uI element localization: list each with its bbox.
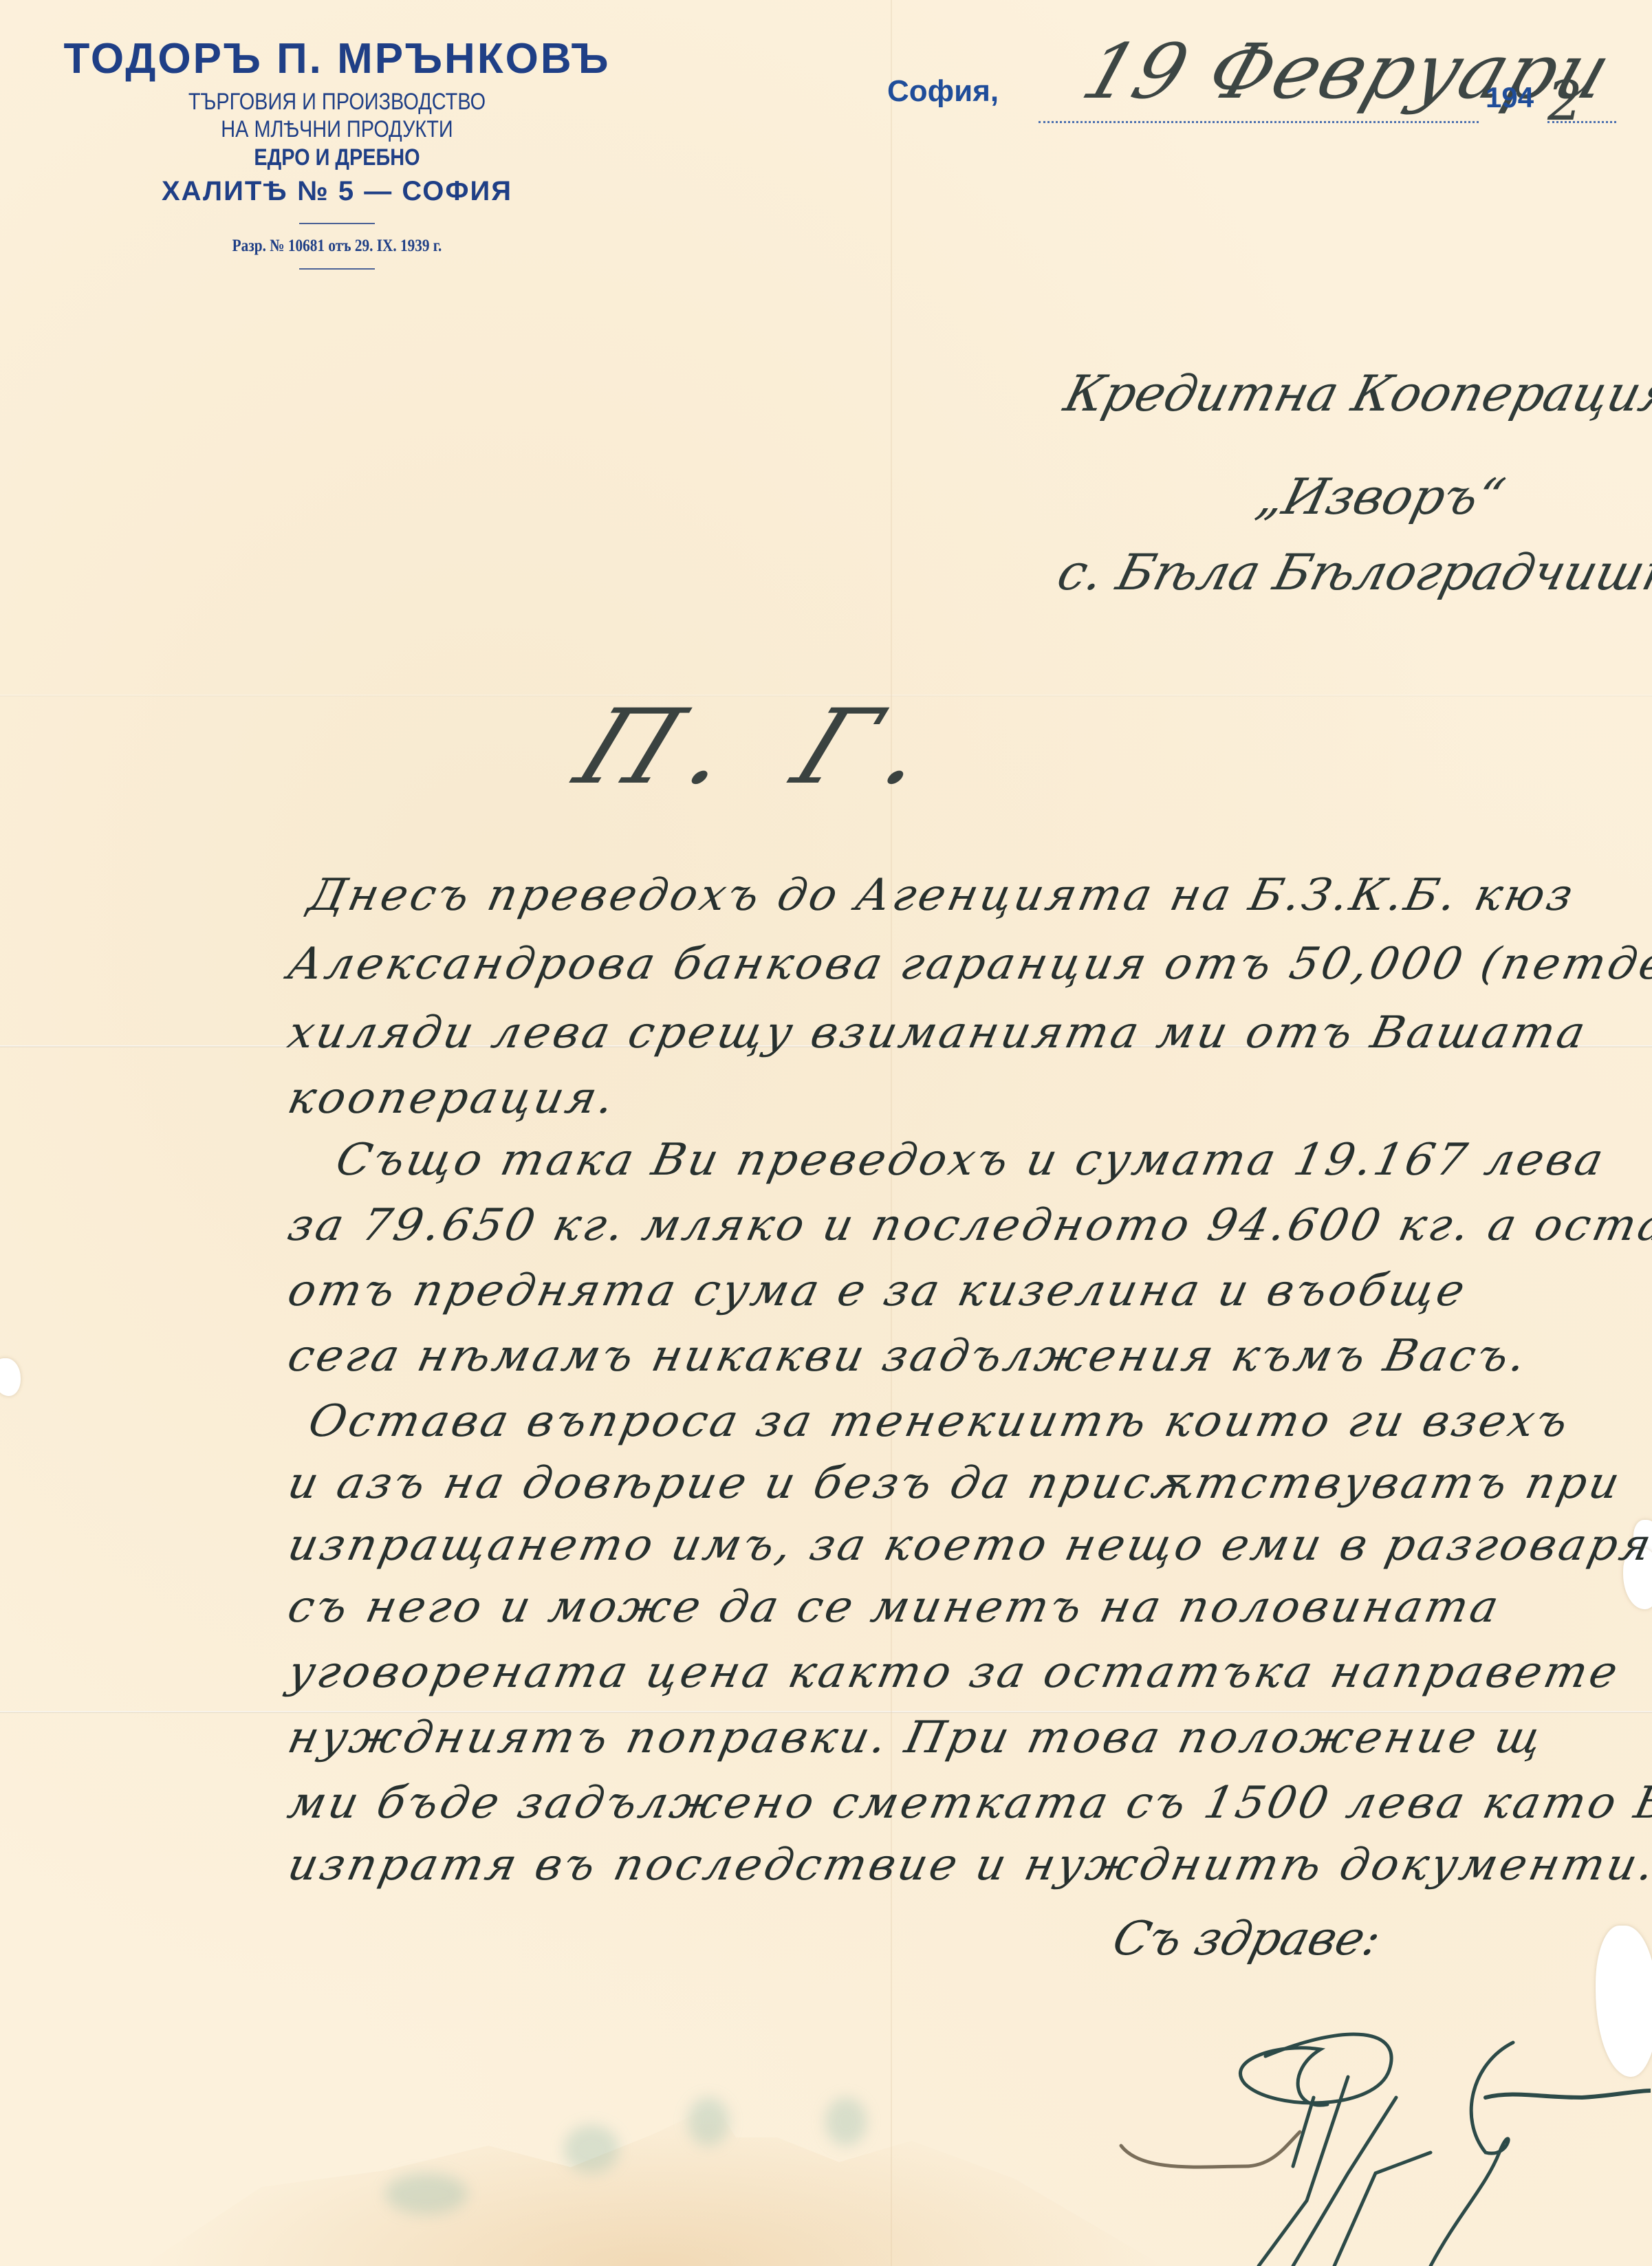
date-dotted-line [1039, 121, 1479, 123]
body-line: изпращането имъ, за което нещо еми в раз… [283, 1520, 1652, 1571]
body-line: и азъ на довѣрие и безъ да присѫтствуват… [283, 1458, 1627, 1509]
business-line-1: ТЪРГОВИЯ И ПРОИЗВОДСТВО [68, 88, 606, 116]
letterhead: ТОДОРЪ П. МРЪНКОВЪ ТЪРГОВИЯ И ПРОИЗВОДСТ… [21, 34, 653, 282]
addressee-line-2: „Изворъ“ [1252, 468, 1510, 525]
registration-number: Разр. № 10681 отъ 29. IX. 1939 г. [68, 237, 606, 256]
body-line: Остава въпроса за тенекиитѣ които ги взе… [304, 1396, 1575, 1447]
company-name: ТОДОРЪ П. МРЪНКОВЪ [21, 34, 653, 84]
business-line-3: ЕДРО И ДРЕБНО [68, 143, 606, 172]
signature-icon [1100, 1994, 1651, 2266]
paper-tear-left [0, 1358, 21, 1396]
handwritten-date: 19 Февруари [1072, 28, 1622, 116]
water-stain [138, 2104, 1169, 2266]
place-label: София, [887, 74, 999, 109]
body-line: сега нѣмамъ никакви задължения къмъ Васъ… [283, 1331, 1533, 1382]
body-line: хиляди лева срещу взиманията ми отъ Ваша… [283, 1007, 1592, 1058]
addressee-line-3: с. Бѣла Бѣлоградчишко [1052, 543, 1652, 601]
water-stain-teal-3 [688, 2098, 729, 2146]
body-line: уговорената цена както за остатъка напра… [283, 1647, 1624, 1698]
addressee-line-1: Кредитна Кооперация [1059, 364, 1652, 422]
water-stain-teal-1 [385, 2173, 468, 2214]
body-line: изпратя въ последствие и нужднитѣ докуме… [283, 1840, 1652, 1891]
letterhead-rule-bottom [299, 268, 375, 270]
business-line-2: НА МЛѢЧНИ ПРОДУКТИ [68, 116, 606, 143]
body-line: Днесъ преведохъ до Агенцията на Б.З.К.Б.… [304, 870, 1580, 921]
body-line: кооперация. [283, 1073, 621, 1124]
salutation: П. Г. [561, 688, 968, 807]
body-line: ми бъде задължено сметката съ 1500 лева … [283, 1778, 1652, 1829]
letterhead-rule-top [299, 223, 375, 224]
body-line: отъ преднята сума е за кизелина и въобще [283, 1265, 1472, 1316]
year-handwritten: 2 [1547, 69, 1583, 133]
body-line: за 79.650 кг. мляко и последното 94.600 … [283, 1200, 1652, 1251]
body-line: нуждниятъ поправки. При това положение щ [283, 1712, 1549, 1763]
body-line: Също така Ви преведохъ и сумата 19.167 л… [332, 1135, 1610, 1186]
paper-fold-vertical [891, 0, 892, 2266]
water-stain-teal-4 [825, 2098, 867, 2146]
water-stain-teal-2 [564, 2125, 619, 2173]
company-address: ХАЛИТѢ № 5 — СОФИЯ [21, 172, 653, 210]
closing: Съ здраве: [1107, 1912, 1387, 1966]
year-printed: 194 [1486, 81, 1534, 114]
body-line: съ него и може да се минетъ на половинат… [283, 1582, 1506, 1633]
body-line: Александрова банкова гаранция отъ 50,000… [283, 939, 1652, 990]
